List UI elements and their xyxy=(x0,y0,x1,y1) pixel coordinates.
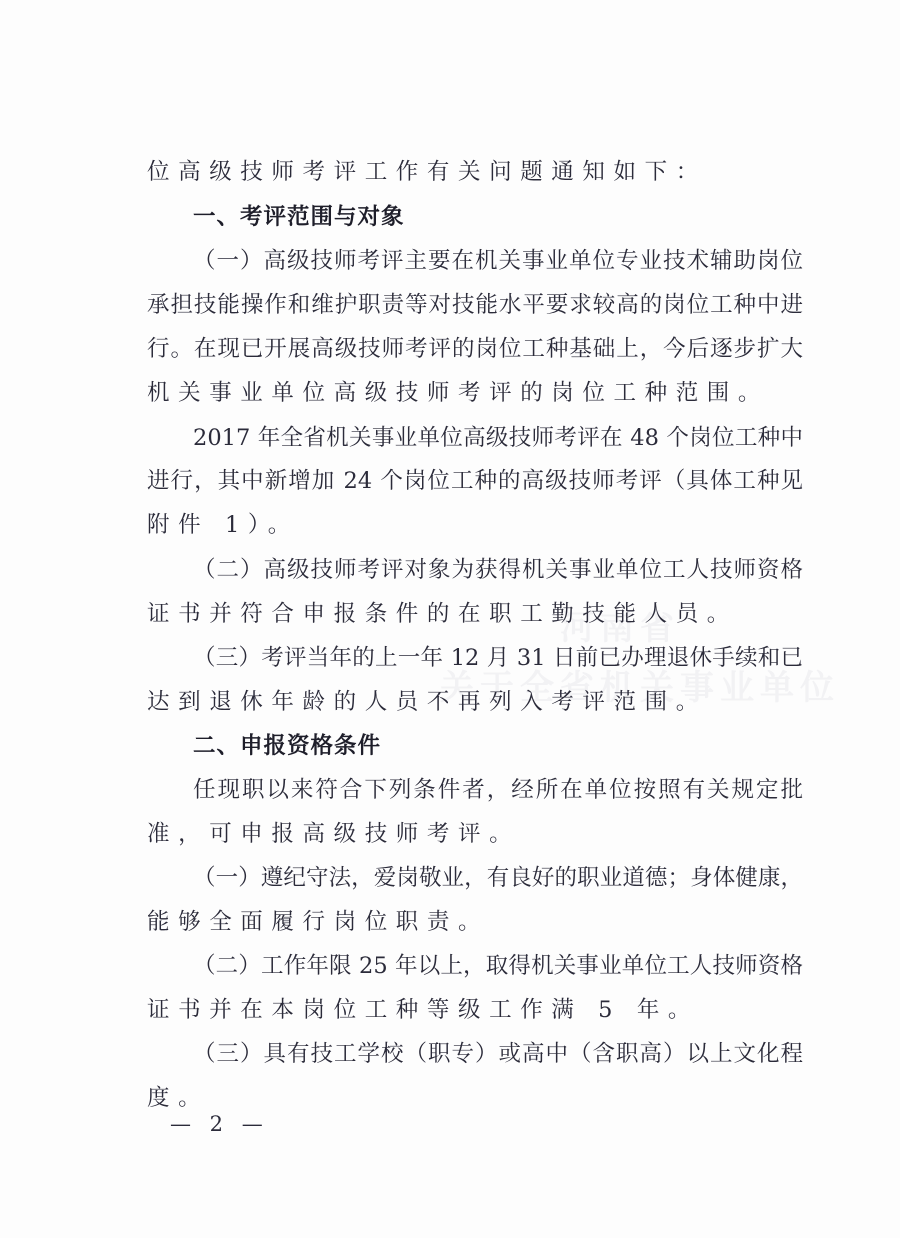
body-line: 度。 xyxy=(147,1083,803,1113)
body-line: 机关事业单位高级技师考评的岗位工种范围。 xyxy=(147,378,803,408)
body-line: 证书并符合申报条件的在职工勤技能人员。 xyxy=(147,599,803,629)
body-line: （一）遵纪守法，爱岗敬业，有良好的职业道德；身体健康， xyxy=(193,863,803,893)
body-line: 2017 年全省机关事业单位高级技师考评在 48 个岗位工种中 xyxy=(193,423,803,453)
section-heading: 二、申报资格条件 xyxy=(193,731,803,761)
body-line: 达到退休年龄的人员不再列入考评范围。 xyxy=(147,687,803,717)
body-line: 任现职以来符合下列条件者，经所在单位按照有关规定批 xyxy=(193,775,803,805)
body-line: （三）具有技工学校（职专）或高中（含职高）以上文化程 xyxy=(193,1039,803,1069)
body-line: 承担技能操作和维护职责等对技能水平要求较高的岗位工种中进 xyxy=(147,290,803,320)
document-page: 河南省 关于全省机关事业单位 位高级技师考评工作有关问题通知如下： 一、考评范围… xyxy=(0,0,900,1238)
body-line: 位高级技师考评工作有关问题通知如下： xyxy=(147,157,803,187)
body-line: （三）考评当年的上一年 12 月 31 日前已办理退休手续和已 xyxy=(193,643,803,673)
body-line: 行。在现已开展高级技师考评的岗位工种基础上，今后逐步扩大 xyxy=(147,334,803,364)
body-line: 准，可申报高级技师考评。 xyxy=(147,819,803,849)
body-line: （二）工作年限 25 年以上，取得机关事业单位工人技师资格 xyxy=(193,951,803,981)
body-line: 进行，其中新增加 24 个岗位工种的高级技师考评（具体工种见 xyxy=(147,466,803,496)
page-number: — 2 — xyxy=(170,1112,269,1136)
section-heading: 一、考评范围与对象 xyxy=(193,202,803,232)
body-line: 附件 1）。 xyxy=(147,510,803,540)
body-line: 证书并在本岗位工种等级工作满 5 年。 xyxy=(147,995,803,1025)
body-line: （二）高级技师考评对象为获得机关事业单位工人技师资格 xyxy=(193,555,803,585)
body-line: 能够全面履行岗位职责。 xyxy=(147,907,803,937)
body-line: （一）高级技师考评主要在机关事业单位专业技术辅助岗位 xyxy=(193,246,803,276)
